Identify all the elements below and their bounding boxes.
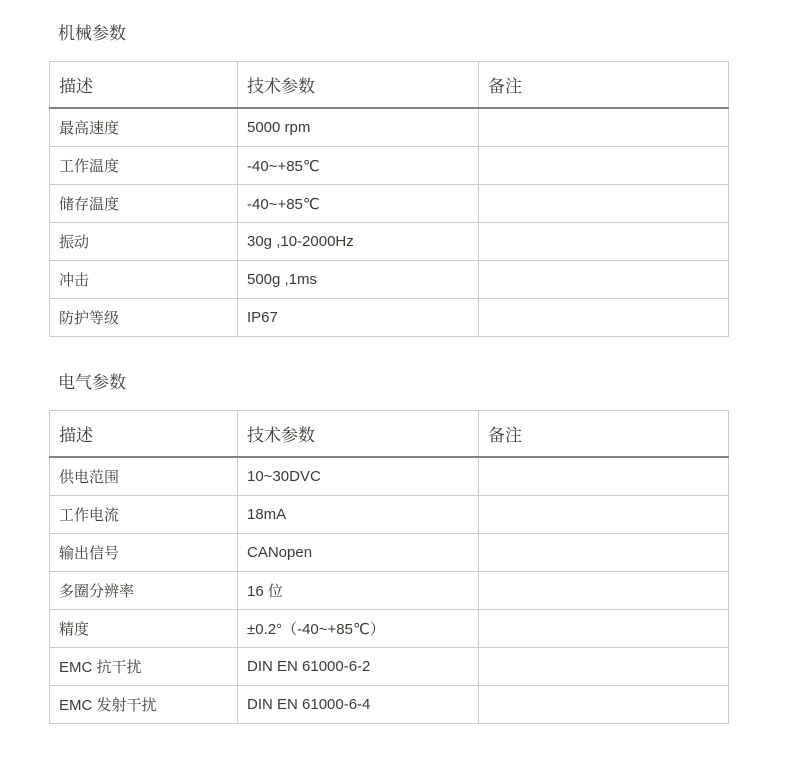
cell-note	[479, 610, 729, 648]
table-row: 供电范围10~30DVC	[50, 457, 729, 496]
cell-description: EMC 发射干扰	[50, 686, 238, 724]
table-row: 多圈分辨率16 位	[50, 572, 729, 610]
cell-value: IP67	[238, 299, 479, 337]
cell-description: 防护等级	[50, 299, 238, 337]
cell-description: 多圈分辨率	[50, 572, 238, 610]
cell-value: CANopen	[238, 534, 479, 572]
cell-note	[479, 496, 729, 534]
table-row: EMC 发射干扰DIN EN 61000-6-4	[50, 686, 729, 724]
section-title-electrical: 电气参数	[58, 374, 790, 391]
cell-value: 18mA	[238, 496, 479, 534]
column-header: 技术参数	[238, 62, 479, 109]
cell-value: 5000 rpm	[238, 108, 479, 147]
cell-description: EMC 抗干扰	[50, 648, 238, 686]
cell-description: 冲击	[50, 261, 238, 299]
electrical-params-table: 描述技术参数备注 供电范围10~30DVC工作电流18mA输出信号CANopen…	[49, 410, 729, 724]
cell-note	[479, 108, 729, 147]
table-row: 防护等级IP67	[50, 299, 729, 337]
cell-description: 工作电流	[50, 496, 238, 534]
cell-description: 储存温度	[50, 185, 238, 223]
cell-note	[479, 572, 729, 610]
column-header: 描述	[50, 411, 238, 458]
cell-value: ±0.2°（-40~+85℃）	[238, 610, 479, 648]
cell-note	[479, 686, 729, 724]
table-header-row: 描述技术参数备注	[50, 411, 729, 458]
cell-value: DIN EN 61000-6-2	[238, 648, 479, 686]
cell-description: 最高速度	[50, 108, 238, 147]
cell-description: 精度	[50, 610, 238, 648]
cell-note	[479, 147, 729, 185]
column-header: 备注	[479, 62, 729, 109]
spec-document: 机械参数 描述技术参数备注 最高速度5000 rpm工作温度-40~+85℃储存…	[0, 0, 790, 724]
section-title-mechanical: 机械参数	[58, 25, 790, 42]
table-body: 最高速度5000 rpm工作温度-40~+85℃储存温度-40~+85℃振动30…	[50, 108, 729, 337]
table-row: EMC 抗干扰DIN EN 61000-6-2	[50, 648, 729, 686]
table-body: 供电范围10~30DVC工作电流18mA输出信号CANopen多圈分辨率16 位…	[50, 457, 729, 724]
cell-value: 10~30DVC	[238, 457, 479, 496]
table-row: 储存温度-40~+85℃	[50, 185, 729, 223]
table-row: 工作电流18mA	[50, 496, 729, 534]
table-header-row: 描述技术参数备注	[50, 62, 729, 109]
section-electrical-params: 电气参数 描述技术参数备注 供电范围10~30DVC工作电流18mA输出信号CA…	[49, 374, 790, 724]
cell-note	[479, 223, 729, 261]
mechanical-params-table: 描述技术参数备注 最高速度5000 rpm工作温度-40~+85℃储存温度-40…	[49, 61, 729, 337]
cell-value: -40~+85℃	[238, 185, 479, 223]
cell-note	[479, 299, 729, 337]
cell-value: -40~+85℃	[238, 147, 479, 185]
table-row: 输出信号CANopen	[50, 534, 729, 572]
cell-value: 30g ,10-2000Hz	[238, 223, 479, 261]
table-row: 工作温度-40~+85℃	[50, 147, 729, 185]
column-header: 描述	[50, 62, 238, 109]
cell-note	[479, 261, 729, 299]
column-header: 技术参数	[238, 411, 479, 458]
cell-note	[479, 648, 729, 686]
table-row: 冲击500g ,1ms	[50, 261, 729, 299]
cell-description: 供电范围	[50, 457, 238, 496]
cell-description: 工作温度	[50, 147, 238, 185]
cell-note	[479, 185, 729, 223]
table-row: 精度±0.2°（-40~+85℃）	[50, 610, 729, 648]
cell-description: 振动	[50, 223, 238, 261]
cell-description: 输出信号	[50, 534, 238, 572]
column-header: 备注	[479, 411, 729, 458]
cell-note	[479, 457, 729, 496]
section-mechanical-params: 机械参数 描述技术参数备注 最高速度5000 rpm工作温度-40~+85℃储存…	[49, 25, 790, 337]
table-row: 振动30g ,10-2000Hz	[50, 223, 729, 261]
cell-value: 500g ,1ms	[238, 261, 479, 299]
cell-value: DIN EN 61000-6-4	[238, 686, 479, 724]
cell-value: 16 位	[238, 572, 479, 610]
cell-note	[479, 534, 729, 572]
table-row: 最高速度5000 rpm	[50, 108, 729, 147]
